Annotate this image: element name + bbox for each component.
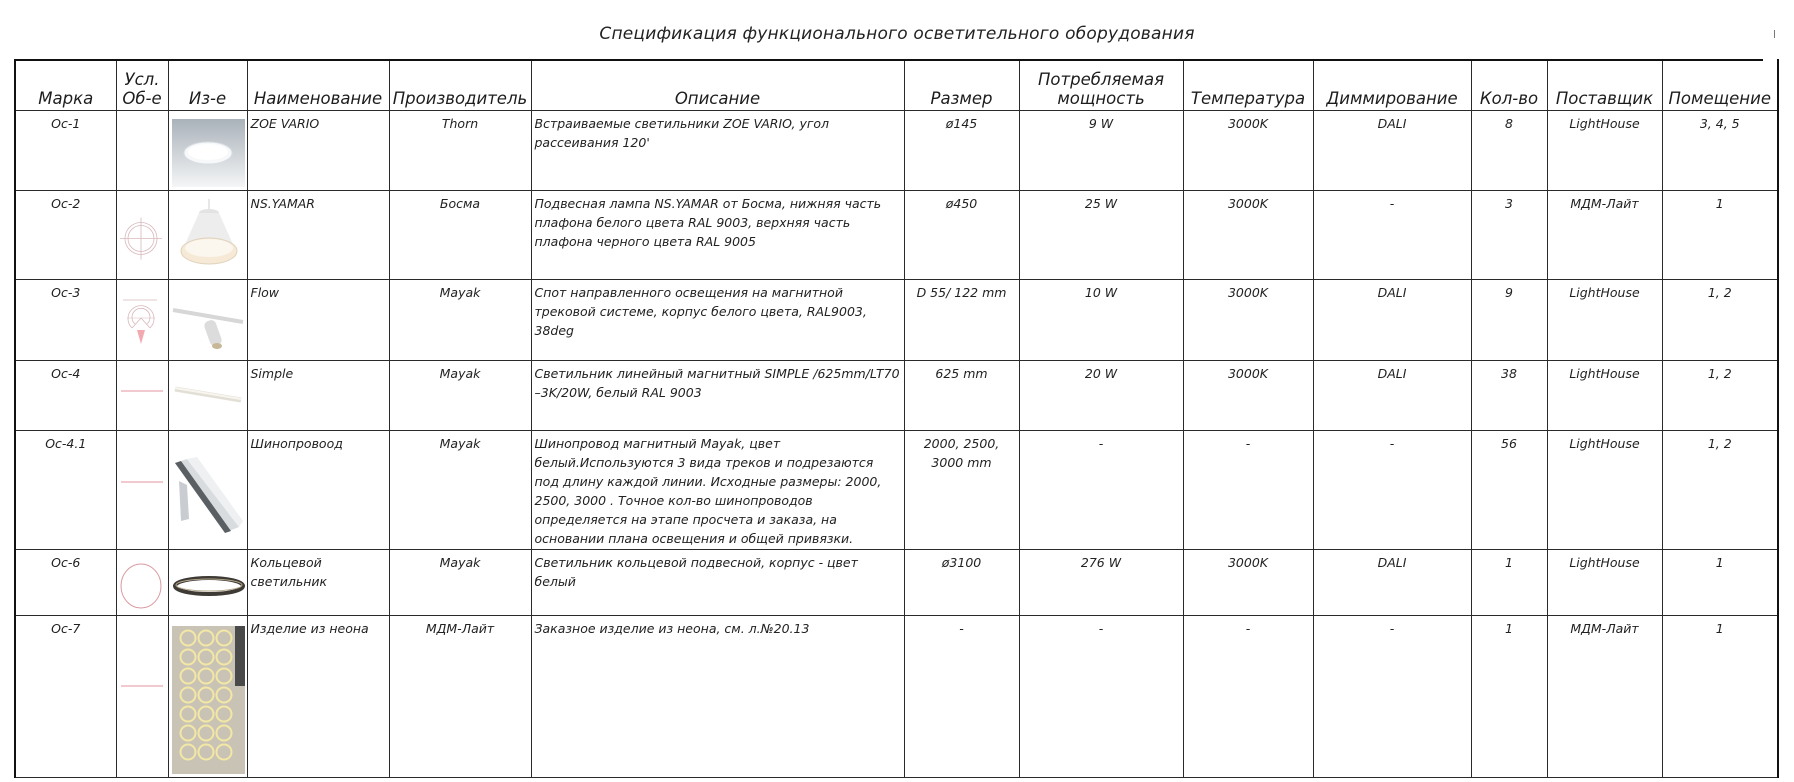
cell-manufacturer: Thorn: [389, 110, 531, 190]
cell-power: -: [1019, 430, 1183, 549]
crosshair-circle-symbol: [117, 191, 169, 280]
cell-manufacturer: Mayak: [389, 430, 531, 549]
cell-temperature: 3000K: [1183, 360, 1313, 430]
recessed-downlight-image: [169, 111, 248, 191]
header-row: Марка Усл.Об-е Из-е Наименование Произво…: [15, 59, 1778, 110]
cell-description: Светильник кольцевой подвесной, корпус -…: [531, 549, 904, 615]
cell-quantity: 1: [1471, 549, 1547, 615]
cell-symbol: [116, 110, 168, 190]
cell-description: Заказное изделие из неона, см. л.№20.13: [531, 615, 904, 777]
cell-supplier: МДМ-Лайт: [1547, 615, 1662, 777]
cell-quantity: 9: [1471, 279, 1547, 360]
cell-supplier: LightHouse: [1547, 279, 1662, 360]
cell-supplier: LightHouse: [1547, 430, 1662, 549]
header-manufacturer: Производитель: [389, 59, 531, 110]
cell-size: -: [904, 615, 1019, 777]
cell-image: [168, 279, 247, 360]
header-quantity: Кол-во: [1471, 59, 1547, 110]
cell-temperature: 3000K: [1183, 279, 1313, 360]
table-row: Ос-4 SimpleMayakСветильник линейный магн…: [15, 360, 1778, 430]
table-row: Ос-1 ZOE VARIOThornВстраиваемые светильн…: [15, 110, 1778, 190]
cell-power: 276 W: [1019, 549, 1183, 615]
cell-room: 3, 4, 5: [1662, 110, 1778, 190]
cell-symbol: [116, 360, 168, 430]
cell-name: NS.YAMAR: [247, 190, 389, 279]
cell-mark: Ос-4.1: [15, 430, 116, 549]
cell-room: 1: [1662, 549, 1778, 615]
cell-image: [168, 615, 247, 777]
cell-size: 2000, 2500, 3000 mm: [904, 430, 1019, 549]
header-dimming: Диммирование: [1313, 59, 1471, 110]
cell-manufacturer: Mayak: [389, 279, 531, 360]
spotlight-direction-symbol: [117, 280, 169, 361]
linear-line-symbol: [117, 431, 169, 550]
pendant-lamp-image: [169, 191, 248, 280]
header-mark: Марка: [15, 59, 116, 110]
lighting-spec-table: Марка Усл.Об-е Из-е Наименование Произво…: [14, 59, 1779, 778]
header-name: Наименование: [247, 59, 389, 110]
cell-description: Встраиваемые светильники ZOE VARIO, угол…: [531, 110, 904, 190]
cell-quantity: 1: [1471, 615, 1547, 777]
cell-image: [168, 360, 247, 430]
cell-dimming: DALI: [1313, 360, 1471, 430]
cell-manufacturer: Mayak: [389, 549, 531, 615]
cell-supplier: LightHouse: [1547, 549, 1662, 615]
cell-dimming: -: [1313, 190, 1471, 279]
header-power-line2: мощность: [1057, 89, 1144, 108]
linear-line-symbol: [117, 616, 169, 778]
cell-room: 1, 2: [1662, 279, 1778, 360]
track-spot-image: [169, 280, 248, 361]
cell-name: Изделие из неона: [247, 615, 389, 777]
cell-dimming: -: [1313, 430, 1471, 549]
cell-power: -: [1019, 615, 1183, 777]
cell-mark: Ос-3: [15, 279, 116, 360]
cell-manufacturer: Mayak: [389, 360, 531, 430]
cell-size: ø450: [904, 190, 1019, 279]
header-symbol-line1: Усл.: [125, 70, 160, 89]
cell-quantity: 56: [1471, 430, 1547, 549]
header-temperature: Температура: [1183, 59, 1313, 110]
cell-dimming: -: [1313, 615, 1471, 777]
cell-power: 20 W: [1019, 360, 1183, 430]
table-top-line: [15, 59, 1763, 61]
cell-description: Шинопровод магнитный Mayak, цвет белый.И…: [531, 430, 904, 549]
cell-temperature: 3000K: [1183, 549, 1313, 615]
cell-quantity: 3: [1471, 190, 1547, 279]
header-image: Из-е: [168, 59, 247, 110]
cell-size: ø145: [904, 110, 1019, 190]
cell-mark: Ос-2: [15, 190, 116, 279]
cell-image: [168, 549, 247, 615]
document-title: Спецификация функционального осветительн…: [0, 24, 1794, 44]
cell-dimming: DALI: [1313, 279, 1471, 360]
cell-size: D 55/ 122 mm: [904, 279, 1019, 360]
header-supplier: Поставщик: [1547, 59, 1662, 110]
cell-dimming: DALI: [1313, 549, 1471, 615]
cell-room: 1: [1662, 615, 1778, 777]
cell-supplier: LightHouse: [1547, 360, 1662, 430]
cell-room: 1, 2: [1662, 360, 1778, 430]
cell-name: Flow: [247, 279, 389, 360]
table-row: Ос-2 NS.YAMARБосмаПодвесная лампа NS.YAM…: [15, 190, 1778, 279]
page-corner-mark: [1774, 30, 1775, 38]
cell-mark: Ос-6: [15, 549, 116, 615]
cell-power: 9 W: [1019, 110, 1183, 190]
cell-temperature: -: [1183, 430, 1313, 549]
table-row: Ос-3 FlowMayakСпот направленного освещен…: [15, 279, 1778, 360]
cell-description: Светильник линейный магнитный SIMPLE /62…: [531, 360, 904, 430]
cell-mark: Ос-7: [15, 615, 116, 777]
cell-name: ZOE VARIO: [247, 110, 389, 190]
cell-room: 1: [1662, 190, 1778, 279]
header-room: Помещение: [1662, 59, 1778, 110]
cell-temperature: 3000K: [1183, 190, 1313, 279]
cell-quantity: 38: [1471, 360, 1547, 430]
neon-sign-image: [169, 616, 248, 778]
cell-symbol: [116, 549, 168, 615]
cell-description: Подвесная лампа NS.YAMAR от Босма, нижня…: [531, 190, 904, 279]
table-row: Ос-4.1 ШинопровоодMayakШинопровод магнит…: [15, 430, 1778, 549]
cell-image: [168, 190, 247, 279]
cell-name: Кольцевой светильник: [247, 549, 389, 615]
cell-supplier: МДМ-Лайт: [1547, 190, 1662, 279]
busbar-track-image: [169, 431, 248, 550]
linear-light-image: [169, 361, 248, 431]
table-row: Ос-7 Изделие из неонаМДМ-ЛайтЗаказное из…: [15, 615, 1778, 777]
cell-image: [168, 430, 247, 549]
cell-manufacturer: МДМ-Лайт: [389, 615, 531, 777]
cell-symbol: [116, 615, 168, 777]
header-symbol: Усл.Об-е: [116, 59, 168, 110]
cell-dimming: DALI: [1313, 110, 1471, 190]
table-body: Ос-1 ZOE VARIOThornВстраиваемые светильн…: [15, 110, 1778, 777]
cell-quantity: 8: [1471, 110, 1547, 190]
cell-size: ø3100: [904, 549, 1019, 615]
cell-supplier: LightHouse: [1547, 110, 1662, 190]
header-symbol-line2: Об-е: [122, 89, 161, 108]
cell-power: 10 W: [1019, 279, 1183, 360]
linear-line-symbol: [117, 361, 169, 431]
cell-mark: Ос-1: [15, 110, 116, 190]
cell-manufacturer: Босма: [389, 190, 531, 279]
cell-power: 25 W: [1019, 190, 1183, 279]
cell-temperature: -: [1183, 615, 1313, 777]
cell-name: Шинопровоод: [247, 430, 389, 549]
cell-mark: Ос-4: [15, 360, 116, 430]
cell-size: 625 mm: [904, 360, 1019, 430]
cell-temperature: 3000K: [1183, 110, 1313, 190]
header-power-line1: Потребляемая: [1038, 70, 1164, 89]
header-description: Описание: [531, 59, 904, 110]
cell-symbol: [116, 279, 168, 360]
cell-room: 1, 2: [1662, 430, 1778, 549]
header-power: Потребляемаямощность: [1019, 59, 1183, 110]
cell-image: [168, 110, 247, 190]
ring-pendant-image: [169, 550, 248, 616]
document-title-text: Спецификация функционального осветительн…: [599, 24, 1194, 44]
cell-name: Simple: [247, 360, 389, 430]
cell-symbol: [116, 430, 168, 549]
header-size: Размер: [904, 59, 1019, 110]
cell-description: Спот направленного освещения на магнитно…: [531, 279, 904, 360]
ring-circle-symbol: [117, 550, 169, 616]
cell-symbol: [116, 190, 168, 279]
table-row: Ос-6 Кольцевой светильникMayakСветильник…: [15, 549, 1778, 615]
